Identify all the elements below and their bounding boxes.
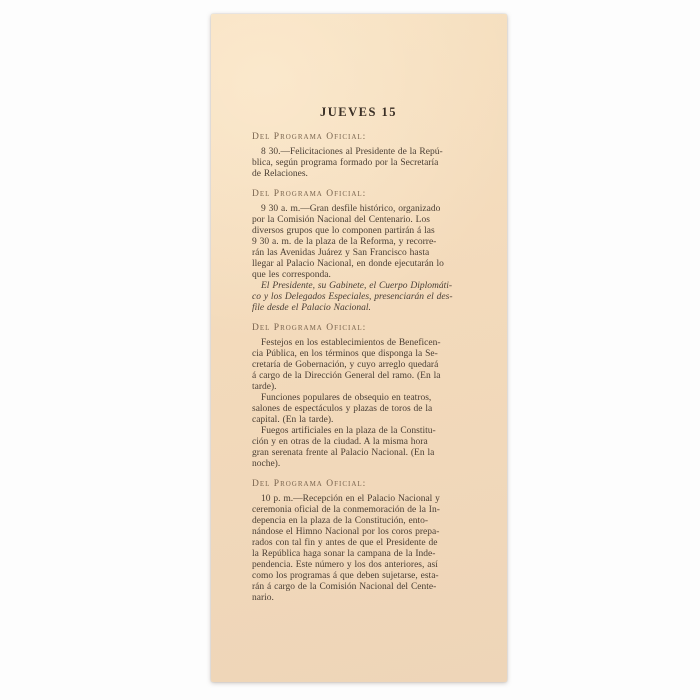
section-header: Del Programa Oficial:	[252, 189, 465, 200]
program-section-2: Del Programa Oficial: 9 30 a. m.—Gran de…	[252, 189, 465, 314]
section-header: Del Programa Oficial:	[252, 323, 465, 334]
paragraph: 10 p. m.—Recepción en el Palacio Naciona…	[252, 494, 465, 604]
section-header: Del Programa Oficial:	[252, 479, 465, 490]
section-header: Del Programa Oficial:	[252, 132, 465, 143]
paragraph-italic: El Presidente, su Gabinete, el Cuerpo Di…	[252, 281, 465, 314]
program-section-3: Del Programa Oficial: Festejos en los es…	[252, 323, 465, 470]
program-section-4: Del Programa Oficial: 10 p. m.—Recepción…	[252, 479, 465, 604]
paragraph: Funciones populares de obsequio en teatr…	[252, 393, 465, 426]
photo-background: JUEVES 15 Del Programa Oficial: 8 30.—Fe…	[0, 0, 700, 700]
page-title: JUEVES 15	[252, 106, 465, 119]
document-page: JUEVES 15 Del Programa Oficial: 8 30.—Fe…	[211, 14, 507, 682]
paragraph: Festejos en los establecimientos de Bene…	[252, 338, 465, 393]
program-section-1: Del Programa Oficial: 8 30.—Felicitacion…	[252, 132, 465, 180]
paragraph: Fuegos artificiales en la plaza de la Co…	[252, 426, 465, 470]
paragraph: 9 30 a. m.—Gran desfile histórico, organ…	[252, 204, 465, 281]
paragraph: 8 30.—Felicitaciones al Presidente de la…	[252, 147, 465, 180]
